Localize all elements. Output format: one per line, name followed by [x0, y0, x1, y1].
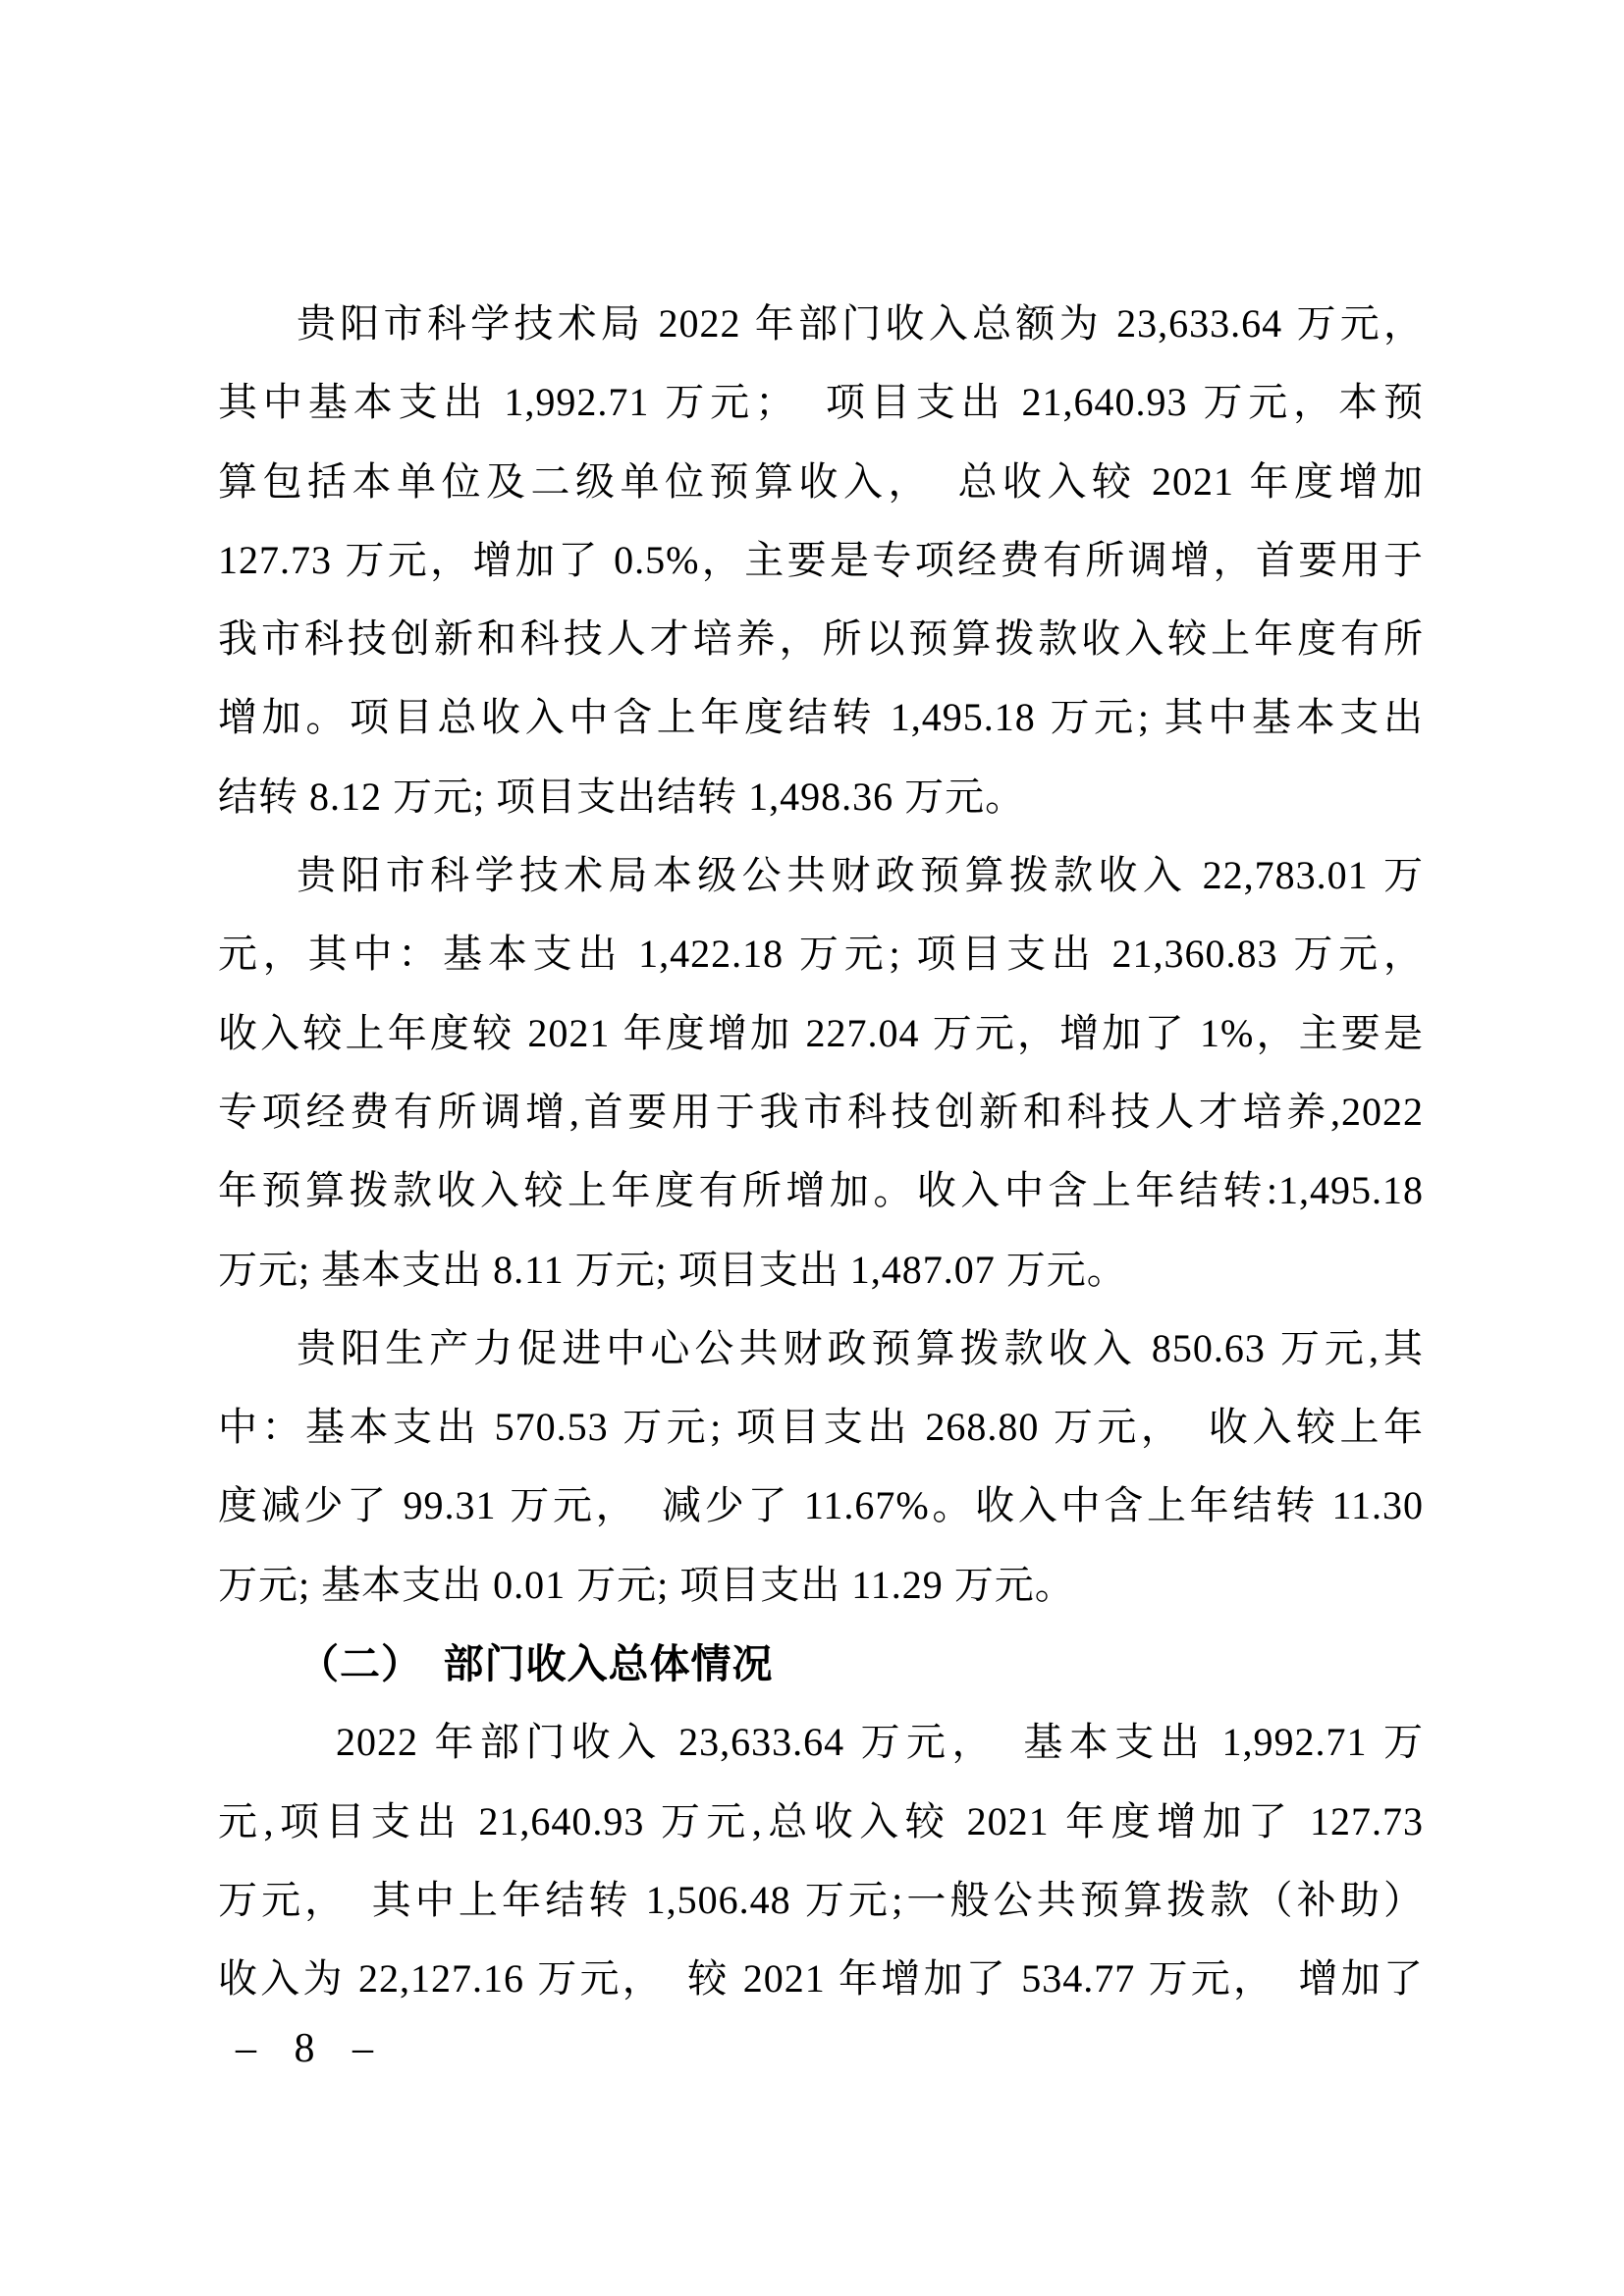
text-line: 贵阳生产力促进中心公共财政预算拨款收入 850.63 万元,其	[218, 1309, 1424, 1388]
text-line: 增加。项目总收入中含上年度结转 1,495.18 万元; 其中基本支出	[218, 678, 1424, 757]
text-line: 收入较上年度较 2021 年度增加 227.04 万元，增加了 1%，主要是	[218, 994, 1424, 1073]
section-heading: （二） 部门收入总体情况	[218, 1625, 1424, 1703]
text-line: 127.73 万元，增加了 0.5%，主要是专项经费有所调增，首要用于	[218, 521, 1424, 600]
document-page: 贵阳市科学技术局 2022 年部门收入总额为 23,633.64 万元，其中基本…	[0, 0, 1624, 2296]
text-line: 万元; 基本支出 8.11 万元; 项目支出 1,487.07 万元。	[218, 1231, 1424, 1309]
text-line: 贵阳市科学技术局 2022 年部门收入总额为 23,633.64 万元，	[218, 285, 1424, 363]
text-line: 结转 8.12 万元; 项目支出结转 1,498.36 万元。	[218, 758, 1424, 836]
text-line: 我市科技创新和科技人才培养，所以预算拨款收入较上年度有所	[218, 600, 1424, 678]
text-line: 2022 年部门收入 23,633.64 万元， 基本支出 1,992.71 万	[218, 1703, 1424, 1782]
page-number: – 8 –	[236, 2024, 387, 2073]
text-line: 万元， 其中上年结转 1,506.48 万元;一般公共预算拨款（补助）	[218, 1861, 1424, 1940]
text-line: 万元; 基本支出 0.01 万元; 项目支出 11.29 万元。	[218, 1546, 1424, 1625]
text-line: 中：基本支出 570.53 万元; 项目支出 268.80 万元， 收入较上年	[218, 1388, 1424, 1467]
text-line: 元,项目支出 21,640.93 万元,总收入较 2021 年度增加了 127.…	[218, 1783, 1424, 1861]
text-line: 贵阳市科学技术局本级公共财政预算拨款收入 22,783.01 万	[218, 836, 1424, 915]
text-line: 专项经费有所调增,首要用于我市科技创新和科技人才培养,2022	[218, 1073, 1424, 1151]
text-line: 其中基本支出 1,992.71 万元； 项目支出 21,640.93 万元，本预	[218, 363, 1424, 442]
document-body: 贵阳市科学技术局 2022 年部门收入总额为 23,633.64 万元，其中基本…	[218, 285, 1424, 2019]
text-line: 收入为 22,127.16 万元， 较 2021 年增加了 534.77 万元，…	[218, 1940, 1424, 2018]
text-line: 年预算拨款收入较上年度有所增加。收入中含上年结转:1,495.18	[218, 1151, 1424, 1230]
text-line: 元，其中：基本支出 1,422.18 万元; 项目支出 21,360.83 万元…	[218, 915, 1424, 993]
text-line: 算包括本单位及二级单位预算收入， 总收入较 2021 年度增加	[218, 443, 1424, 521]
text-line: 度减少了 99.31 万元， 减少了 11.67%。收入中含上年结转 11.30	[218, 1467, 1424, 1545]
